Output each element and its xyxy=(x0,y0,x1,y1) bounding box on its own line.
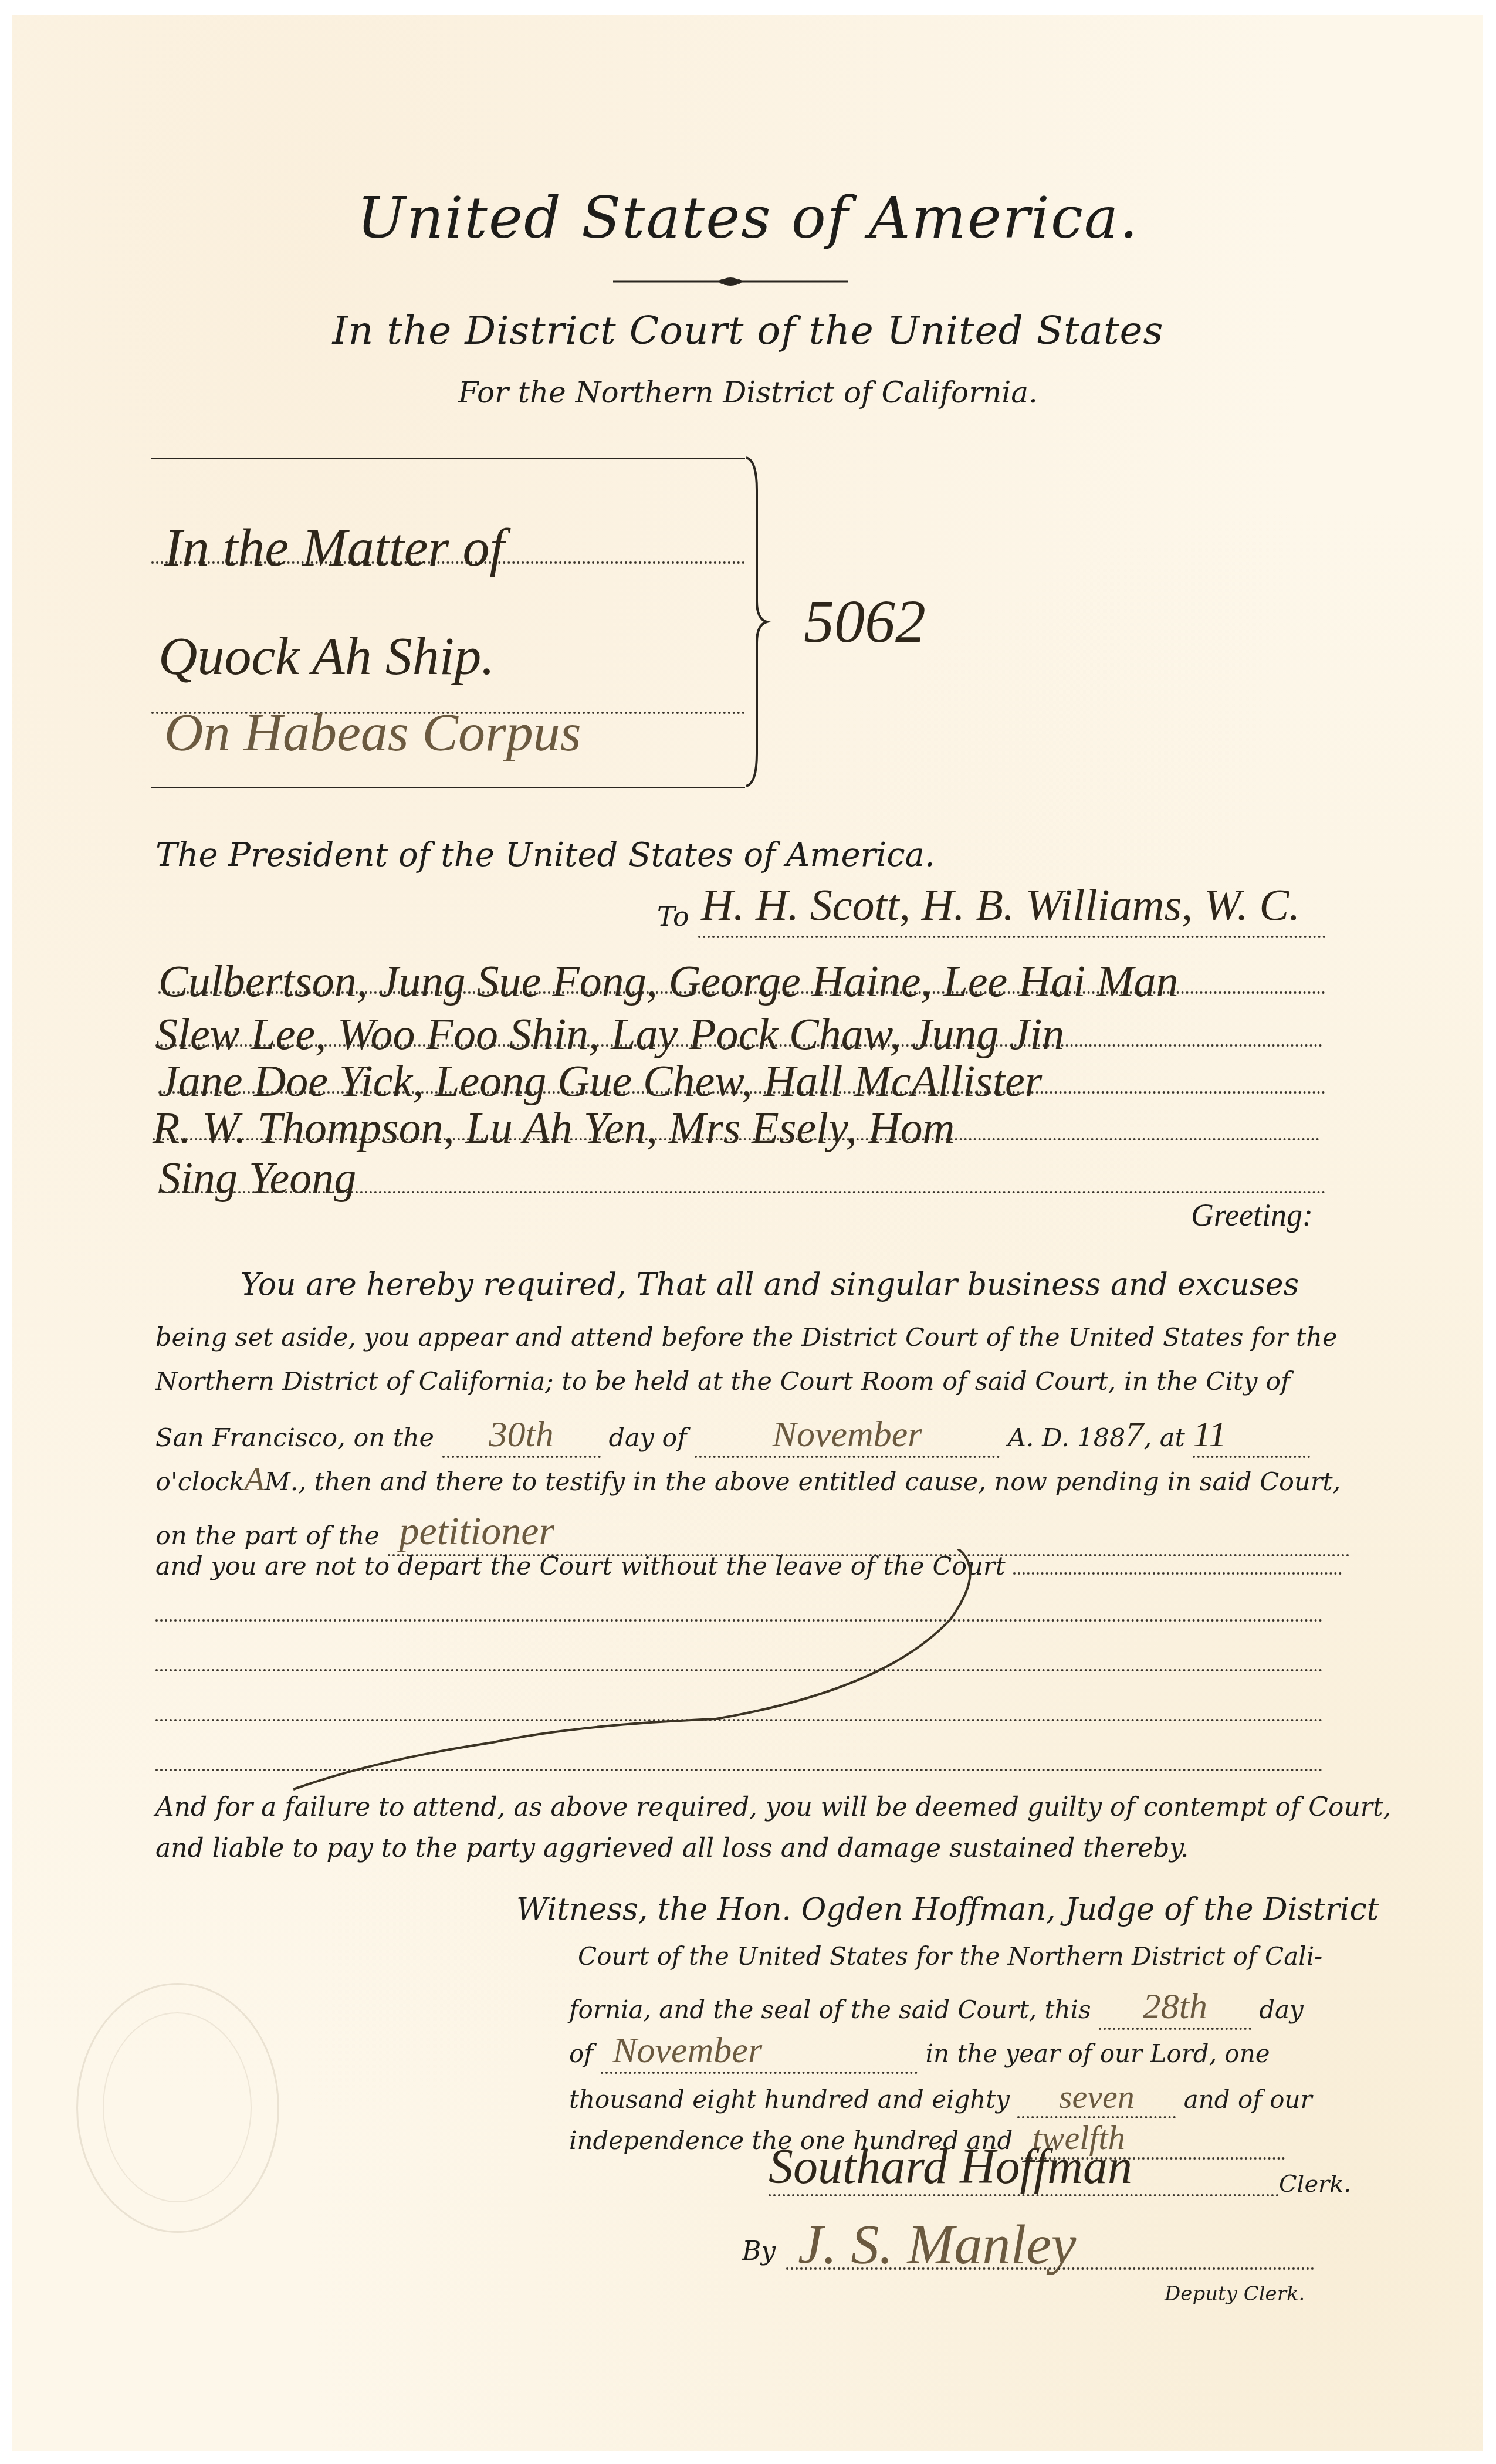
case-brace xyxy=(740,455,776,789)
appearance-month-field: November xyxy=(695,1414,1000,1458)
static-text: M., then and there to testify in the abo… xyxy=(265,1467,1341,1497)
meridiem-field: A xyxy=(245,1461,265,1498)
appearance-date-line: San Francisco, on the 30th day of Novemb… xyxy=(155,1414,1310,1458)
witness-names-line: H. H. Scott, H. B. Williams, W. C. xyxy=(701,880,1300,931)
dotted-line xyxy=(158,1091,1326,1094)
appearance-year-digit: 7 xyxy=(1125,1414,1143,1454)
attestation-line: Witness, the Hon. Ogden Hoffman, Judge o… xyxy=(516,1892,1379,1927)
attestation-line: Court of the United States for the North… xyxy=(578,1942,1322,1971)
static-text: fornia, and the seal of the said Court, … xyxy=(569,1995,1091,2024)
command-paragraph-line: You are hereby required, That all and si… xyxy=(241,1267,1299,1302)
clerk-signature-line xyxy=(769,2194,1279,2196)
case-caption-party: Quock Ah Ship. xyxy=(158,625,495,687)
deputy-signature-line xyxy=(786,2267,1314,2270)
appearance-hour-field: 11 xyxy=(1193,1414,1310,1458)
command-paragraph-line: being set aside, you appear and attend b… xyxy=(155,1323,1337,1352)
appearance-day-field: 30th xyxy=(442,1414,601,1458)
pen-flourish-strike xyxy=(223,1549,1162,1795)
witness-names-line: Slew Lee, Woo Foo Shin, Lay Pock Chaw, J… xyxy=(155,1009,1064,1060)
contempt-warning-line: and liable to pay to the party aggrieved… xyxy=(155,1833,1189,1863)
case-caption-line: In the Matter of xyxy=(164,516,505,578)
attestation-date-line: fornia, and the seal of the said Court, … xyxy=(569,1986,1304,2030)
dotted-line xyxy=(153,1138,1320,1140)
by-label: By xyxy=(742,2236,776,2266)
static-text: day of xyxy=(608,1423,686,1453)
witness-names-line: Sing Yeong xyxy=(158,1153,356,1204)
static-text: on the part of the xyxy=(155,1521,380,1551)
district-heading: For the Northern District of California. xyxy=(0,375,1496,409)
static-text: day xyxy=(1259,1995,1304,2024)
static-text: San Francisco, on the xyxy=(155,1423,434,1453)
static-text: , at xyxy=(1143,1423,1184,1453)
court-seal-inner-ring xyxy=(103,2012,252,2202)
deputy-clerk-label: Deputy Clerk. xyxy=(1165,2282,1305,2306)
static-text: thousand eight hundred and eighty xyxy=(569,2085,1010,2114)
case-number: 5062 xyxy=(804,587,926,656)
static-text: o'clock xyxy=(155,1467,245,1497)
witness-names-line: Culbertson, Jung Sue Fong, George Haine,… xyxy=(158,956,1179,1007)
president-heading: The President of the United States of Am… xyxy=(155,836,935,874)
issue-day-field: 28th xyxy=(1099,1986,1251,2030)
contempt-warning-line: And for a failure to attend, as above re… xyxy=(155,1792,1392,1822)
appearance-time-line: o'clockAM., then and there to testify in… xyxy=(155,1461,1341,1498)
issue-month-field: November xyxy=(601,2030,918,2074)
static-text: in the year of our Lord, one xyxy=(926,2039,1270,2068)
to-label: To xyxy=(657,901,689,932)
dotted-line xyxy=(698,936,1326,938)
command-paragraph-line: Northern District of California; to be h… xyxy=(155,1367,1290,1396)
greeting-label: Greeting: xyxy=(1191,1197,1313,1233)
title-ornament-divider xyxy=(613,276,848,287)
document-title: United States of America. xyxy=(0,185,1496,252)
court-heading: In the District Court of the United Stat… xyxy=(0,308,1496,353)
dotted-line xyxy=(155,1044,1323,1047)
clerk-label: Clerk. xyxy=(1279,2171,1351,2198)
witness-names-line: Jane Doe Yick, Leong Gue Chew, Hall McAl… xyxy=(158,1056,1042,1107)
static-text: of xyxy=(569,2039,593,2068)
witness-names-line: R. W. Thompson, Lu Ah Yen, Mrs Esely, Ho… xyxy=(153,1103,955,1154)
case-caption-writ: On Habeas Corpus xyxy=(164,701,581,763)
dotted-line xyxy=(158,1191,1326,1193)
dotted-line xyxy=(158,991,1326,994)
clerk-signature: Southard Hoffman xyxy=(769,2138,1132,2195)
static-text: and of our xyxy=(1184,2085,1312,2114)
attestation-year-line: thousand eight hundred and eighty seven … xyxy=(569,2077,1312,2118)
attestation-month-line: of November in the year of our Lord, one xyxy=(569,2030,1270,2074)
issue-year-word-field: seven xyxy=(1017,2077,1176,2118)
static-text: A. D. 188 xyxy=(1008,1423,1126,1453)
